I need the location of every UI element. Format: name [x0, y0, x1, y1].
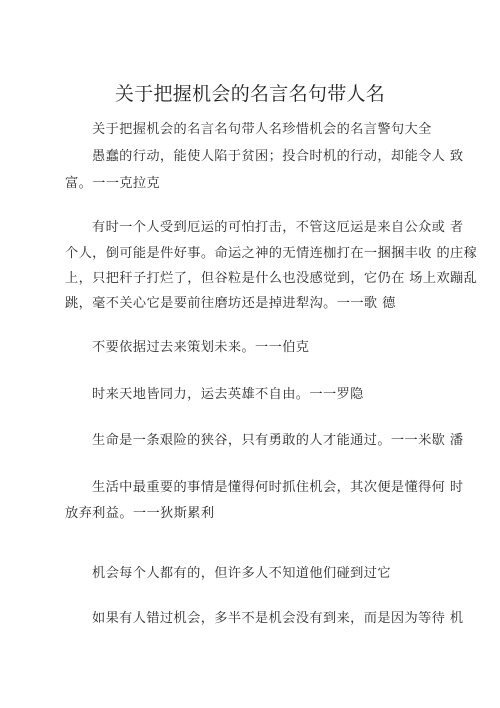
paragraph-line: 生命是一条艰险的狭谷，只有勇敢的人才能通过。一一米歇 潘 [92, 432, 463, 450]
paragraph-line: 有时一个人受到厄运的可怕打击，不管这厄运是来自公众或 者 [92, 219, 463, 237]
paragraph-line: 跳，毫不关心它是要前往磨坊还是掉进犁沟。一一歌 德 [65, 295, 396, 313]
paragraph-line: 不要依据过去来策划未来。一一伯克 [92, 339, 309, 357]
paragraph-line: 富。一一克拉克 [65, 175, 160, 193]
paragraph-line: 个人，倒可能是件好事。命运之神的无情连枷打在一捆捆丰收 的庄稼 [65, 245, 477, 263]
document-page: 关于把握机会的名言名句带人名 关于把握机会的名言名句带人名珍惜机会的名言警句大全… [0, 0, 500, 708]
paragraph-line: 生活中最重要的事情是懂得何时抓住机会，其次便是懂得何 时 [92, 479, 463, 497]
paragraph-line: 愚蠢的行动，能使人陷于贫困；投合时机的行动，却能令人 致 [92, 148, 463, 166]
document-title: 关于把握机会的名言名句带人名 [0, 81, 500, 107]
paragraph-line: 放弃利益。一一狄斯累利 [65, 505, 214, 523]
paragraph-line: 关于把握机会的名言名句带人名珍惜机会的名言警句大全 [92, 121, 432, 139]
paragraph-line: 上，只把秆子打烂了，但谷粒是什么也没感觉到，它仍在 场上欢蹦乱 [65, 270, 477, 288]
paragraph-line: 机会每个人都有的，但许多人不知道他们碰到过它 [92, 565, 391, 583]
paragraph-line: 时来天地皆同力，运去英雄不自由。一一罗隐 [92, 386, 364, 404]
paragraph-line: 如果有人错过机会，多半不是机会没有到来，而是因为等待 机 [92, 610, 463, 628]
